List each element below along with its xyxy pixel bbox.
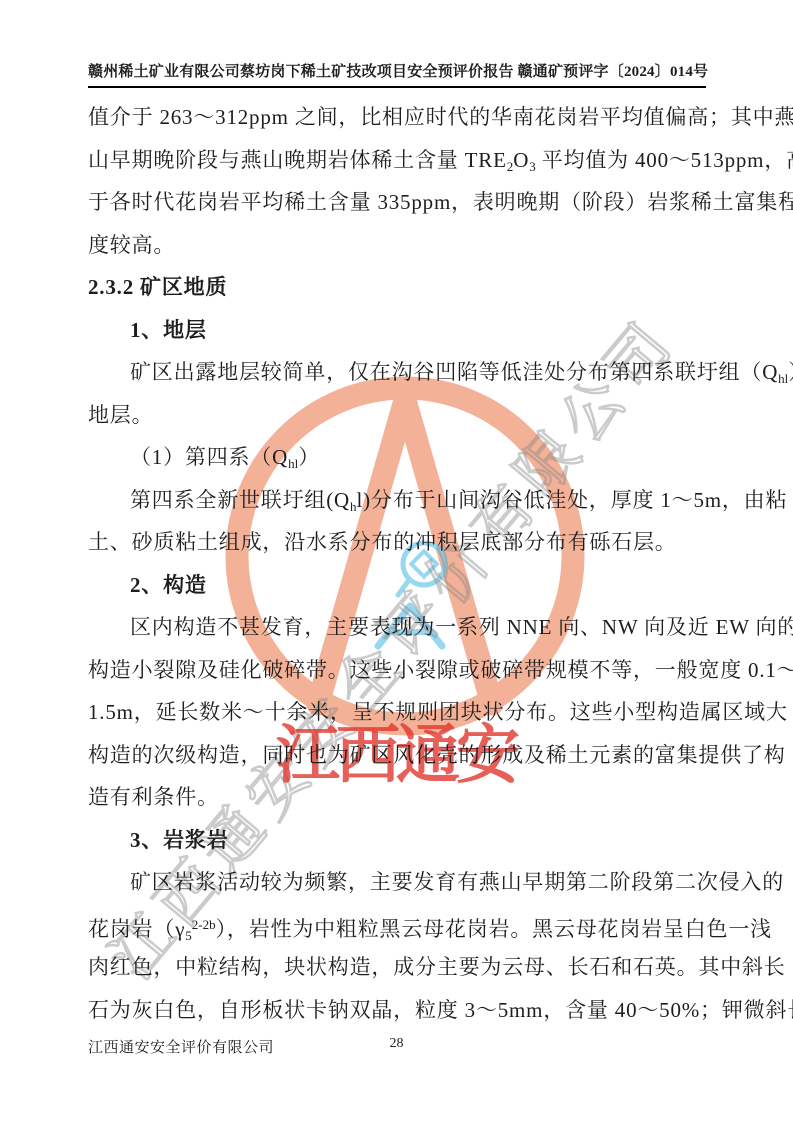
text-line: 地层。 xyxy=(88,394,706,437)
text-line: （1）第四系（Qhl） xyxy=(88,436,706,479)
section-heading: 1、地层 xyxy=(88,309,706,352)
text-run: 造有利条件。 xyxy=(88,785,219,809)
text-line: 1.5m，延长数米～十余米，呈不规则团块状分布。这些小型构造属区域大 xyxy=(88,691,706,734)
header-title: 赣州稀土矿业有限公司蔡坊岗下稀土矿技改项目安全预评价报告 赣通矿预评字〔2024… xyxy=(88,64,708,80)
page-number: 28 xyxy=(0,1036,793,1052)
text-line: 构造的次级构造，同时也为矿区风化壳的形成及稀土元素的富集提供了构 xyxy=(88,734,706,777)
text-line: 值介于 263～312ppm 之间，比相应时代的华南花岗岩平均值偏高；其中燕 xyxy=(88,96,706,139)
text-run: 1、地层 xyxy=(130,318,207,342)
text-line: 造有利条件。 xyxy=(88,776,706,819)
text-line: 度较高。 xyxy=(88,224,706,267)
text-run: ） xyxy=(788,360,793,384)
text-run: 1.5m，延长数米～十余米，呈不规则团块状分布。这些小型构造属区域大 xyxy=(88,700,788,724)
text-run: 花岗岩（γ xyxy=(88,917,185,941)
document-body: 值介于 263～312ppm 之间，比相应时代的华南花岗岩平均值偏高；其中燕山早… xyxy=(88,96,706,1031)
text-line: 石为灰白色，自形板状卡钠双晶，粒度 3～5mm，含量 40～50%；钾微斜长 xyxy=(88,989,706,1032)
text-run: 石为灰白色，自形板状卡钠双晶，粒度 3～5mm，含量 40～50%；钾微斜长 xyxy=(88,998,793,1022)
text-run: 地层。 xyxy=(88,403,153,427)
text-run: 2.3.2 矿区地质 xyxy=(88,275,227,299)
text-line: 土、砂质粘土组成，沿水系分布的冲积层底部分布有砾石层。 xyxy=(88,521,706,564)
text-run: 度较高。 xyxy=(88,233,175,257)
text-run: 矿区出露地层较简单，仅在沟谷凹陷等低洼处分布第四系联圩组（Q xyxy=(130,360,778,384)
text-run: 矿区岩浆活动较为频繁，主要发育有燕山早期第二阶段第二次侵入的 xyxy=(130,870,784,894)
subscript: hl xyxy=(778,371,788,386)
text-line: 矿区出露地层较简单，仅在沟谷凹陷等低洼处分布第四系联圩组（Qhl） xyxy=(88,351,706,394)
text-line: 肉红色，中粒结构，块状构造，成分主要为云母、长石和石英。其中斜长 xyxy=(88,946,706,989)
text-line: 花岗岩（γ52-2b），岩性为中粗粒黑云母花岗岩。黑云母花岗岩呈白色一浅 xyxy=(88,904,706,947)
text-line: 构造小裂隙及硅化破碎带。这些小裂隙或破碎带规模不等，一般宽度 0.1～ xyxy=(88,649,706,692)
section-heading: 2、构造 xyxy=(88,564,706,607)
text-run: ），岩性为中粗粒黑云母花岗岩。黑云母花岗岩呈白色一浅 xyxy=(216,917,772,941)
text-run: 第四系全新世联圩组(Q xyxy=(130,488,350,512)
text-run: 肉红色，中粒结构，块状构造，成分主要为云母、长石和石英。其中斜长 xyxy=(88,955,786,979)
text-run: ） xyxy=(298,445,320,469)
subscript: hl xyxy=(288,456,298,471)
text-run: 山早期晚阶段与燕山晚期岩体稀土含量 TRE xyxy=(88,148,507,172)
document-page: 江西通安安全评价有限公司 江西通安 赣州稀土矿业有限公司蔡坊岗下稀土矿技改项目安… xyxy=(0,0,793,1122)
text-run: 2、构造 xyxy=(130,573,207,597)
section-heading: 2.3.2 矿区地质 xyxy=(88,266,706,309)
text-run: 土、砂质粘土组成，沿水系分布的冲积层底部分布有砾石层。 xyxy=(88,530,677,554)
text-run: l)分布于山间沟谷低洼处，厚度 1～5m，由粘 xyxy=(356,488,787,512)
text-run: 于各时代花岗岩平均稀土含量 335ppm，表明晚期（阶段）岩浆稀土富集程 xyxy=(88,190,793,214)
text-run: 区内构造不甚发育，主要表现为一系列 NNE 向、NW 向及近 EW 向的 xyxy=(130,615,793,639)
text-run: 值介于 263～312ppm 之间，比相应时代的华南花岗岩平均值偏高；其中燕 xyxy=(88,105,793,129)
superscript: 2-2b xyxy=(192,917,216,932)
text-run: 构造小裂隙及硅化破碎带。这些小裂隙或破碎带规模不等，一般宽度 0.1～ xyxy=(88,658,793,682)
text-run: 平均值为 400～513ppm，高 xyxy=(536,148,793,172)
text-line: 山早期晚阶段与燕山晚期岩体稀土含量 TRE2O3 平均值为 400～513ppm… xyxy=(88,139,706,182)
text-run: （1）第四系（Q xyxy=(130,445,288,469)
text-line: 第四系全新世联圩组(Qhl)分布于山间沟谷低洼处，厚度 1～5m，由粘 xyxy=(88,479,706,522)
text-line: 区内构造不甚发育，主要表现为一系列 NNE 向、NW 向及近 EW 向的 xyxy=(88,606,706,649)
text-line: 于各时代花岗岩平均稀土含量 335ppm，表明晚期（阶段）岩浆稀土富集程 xyxy=(88,181,706,224)
text-run: O xyxy=(513,148,529,172)
section-heading: 3、岩浆岩 xyxy=(88,819,706,862)
page-header: 赣州稀土矿业有限公司蔡坊岗下稀土矿技改项目安全预评价报告 赣通矿预评字〔2024… xyxy=(88,60,706,88)
text-run: 3、岩浆岩 xyxy=(130,828,229,852)
text-line: 矿区岩浆活动较为频繁，主要发育有燕山早期第二阶段第二次侵入的 xyxy=(88,861,706,904)
text-run: 构造的次级构造，同时也为矿区风化壳的形成及稀土元素的富集提供了构 xyxy=(88,743,786,767)
